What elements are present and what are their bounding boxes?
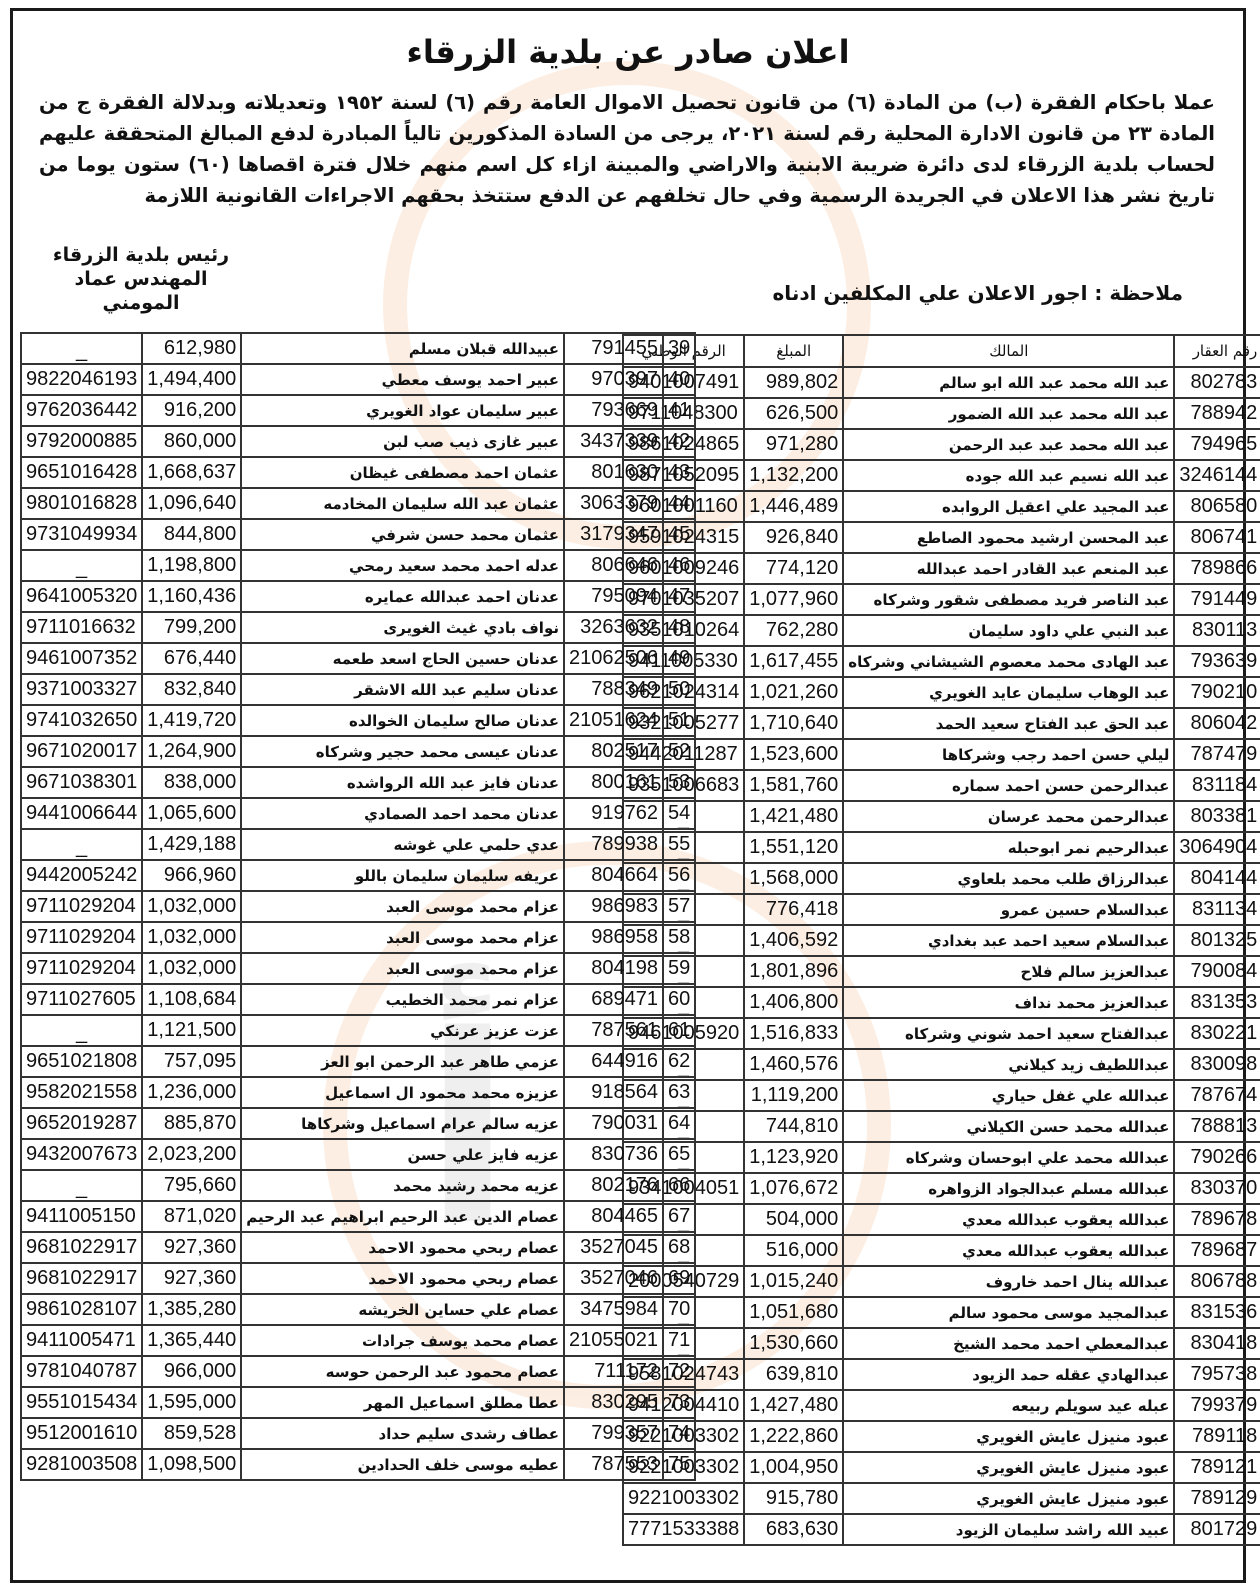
property-number: 801630 (564, 457, 663, 488)
owner-name: عبدالرزاق طلب محمد بلعاوي (843, 863, 1174, 894)
table-row: 61787561عزت عزيز عرنكي1,121,500_ (21, 1015, 695, 1046)
property-number: 3437339 (564, 426, 663, 457)
table-row: 66802176عزيه محمد رشيد محمد795,660_ (21, 1170, 695, 1201)
property-number: 802783 (1174, 367, 1260, 398)
property-number: 3263632 (564, 612, 663, 643)
table-row: 483263632نواف بادي غيث الغويرى799,200971… (21, 612, 695, 643)
row-number: 50 (663, 674, 695, 705)
property-number: 21062506 (564, 643, 663, 674)
amount-due: 1,096,640 (142, 488, 241, 519)
property-number: 793669 (564, 395, 663, 426)
row-number: 74 (663, 1418, 695, 1449)
row-number: 66 (663, 1170, 695, 1201)
property-number: 3475984 (564, 1294, 663, 1325)
table-row: 26790266عبدالله محمد علي ابوحسان وشركاه1… (623, 1142, 1260, 1173)
national-id: 9822046193 (21, 364, 142, 395)
header-owner: المالك (843, 335, 1174, 367)
table-row: 3794965عبد الله محمد عبد عبد الرحمن971,2… (623, 429, 1260, 460)
owner-name: عزيزه محمد محمود ال اسماعيل (241, 1077, 564, 1108)
property-number: 831134 (1174, 894, 1260, 925)
table-row: 74799357عطاف رشدى سليم حداد859,528951200… (21, 1418, 695, 1449)
table-row: 1802783عبد الله محمد عبد الله ابو سالم98… (623, 367, 1260, 398)
amount-due: 676,440 (142, 643, 241, 674)
table-row: 40970397عبير احمد يوسف معطي1,494,4009822… (21, 364, 695, 395)
amount-due: 1,123,920 (744, 1142, 843, 1173)
national-id: 9432007673 (21, 1139, 142, 1170)
owner-name: عبدالمجيد موسى محمود سالم (843, 1297, 1174, 1328)
national-id: 9731049934 (21, 519, 142, 550)
national-id: 9281003508 (21, 1449, 142, 1480)
amount-due: 966,960 (142, 860, 241, 891)
property-number: 789121 (1174, 1452, 1260, 1483)
table-row: 15803381عبدالرحمن محمد عرسان1,421,480_ (623, 801, 1260, 832)
owner-name: عزام محمد موسى العبد (241, 891, 564, 922)
owner-name: عصام ربحي محمود الاحمد (241, 1263, 564, 1294)
amount-due: 1,530,660 (744, 1328, 843, 1359)
owner-name: عدنان حسين الحاج اسعد طعمه (241, 643, 564, 674)
property-number: 918564 (564, 1077, 663, 1108)
row-number: 43 (663, 457, 695, 488)
owner-name: ليلي حسن احمد رجب وشركاها (843, 739, 1174, 770)
row-number: 75 (663, 1449, 695, 1480)
row-number: 69 (663, 1263, 695, 1294)
table-row: 32830418عبدالمعطي احمد محمد الشيخ1,530,6… (623, 1328, 1260, 1359)
national-id: 9371003327 (21, 674, 142, 705)
announcement-body: عملا باحكام الفقرة (ب) من المادة (٦) من … (39, 87, 1215, 211)
row-number: 58 (663, 922, 695, 953)
owner-name: عبير احمد يوسف معطي (241, 364, 564, 395)
owner-name: عبدالمعطي احمد محمد الشيخ (843, 1328, 1174, 1359)
amount-due: 1,568,000 (744, 863, 843, 894)
row-number: 60 (663, 984, 695, 1015)
table-row: 27830370عبدالله مسلم عبدالجواد الزواهره1… (623, 1173, 1260, 1204)
owner-name: عثمان محمد حسن شرفي (241, 519, 564, 550)
amount-due: 916,200 (142, 395, 241, 426)
property-number: 831353 (1174, 987, 1260, 1018)
national-id: _ (21, 1170, 142, 1201)
national-id: 9651021808 (21, 1046, 142, 1077)
owner-name: عدنان سليم عبد الله الاشقر (241, 674, 564, 705)
owner-name: عبيد الله راشد سليمان الزيود (843, 1514, 1174, 1545)
amount-due: 762,280 (744, 615, 843, 646)
property-number: 789129 (1174, 1483, 1260, 1514)
amount-due: 1,264,900 (142, 736, 241, 767)
property-number: 21051624 (564, 705, 663, 736)
property-number: 804664 (564, 860, 663, 891)
property-number: 21055021 (564, 1325, 663, 1356)
table-row: 13787479ليلي حسن احمد رجب وشركاها1,523,6… (623, 739, 1260, 770)
owner-name: عثمان عبد الله سليمان المخادمه (241, 488, 564, 519)
property-number: 787674 (1174, 1080, 1260, 1111)
table-row: 30806788عبدالله ينال احمد خاروف1,015,240… (623, 1266, 1260, 1297)
national-id: 9551015434 (21, 1387, 142, 1418)
property-number: 3064904 (1174, 832, 1260, 863)
advertisement-fee-note: ملاحظة : اجور الاعلان علي المكلفين ادناه (773, 281, 1184, 305)
amount-due: 1,427,480 (744, 1390, 843, 1421)
table-row: 53800161عدنان فايز عبد الله الرواشده838,… (21, 767, 695, 798)
amount-due: 2,023,200 (142, 1139, 241, 1170)
property-number: 787479 (1174, 739, 1260, 770)
national-id: 9461007352 (21, 643, 142, 674)
owner-name: عبدالعزيز سالم فلاح (843, 956, 1174, 987)
announcement-title: اعلان صادر عن بلدية الزرقاء (13, 33, 1243, 71)
amount-due: 683,630 (744, 1514, 843, 1545)
national-id: 9652019287 (21, 1108, 142, 1139)
table-row: 43246144عبد الله نسيم عبد الله جوده1,132… (623, 460, 1260, 491)
property-number: 830418 (1174, 1328, 1260, 1359)
owner-name: عزمي طاهر عبد الرحمن ابو العز (241, 1046, 564, 1077)
property-number: 789118 (1174, 1421, 1260, 1452)
owner-name: عبدالله محمد حسن الكيلاني (843, 1111, 1174, 1142)
national-id: 9641005320 (21, 581, 142, 612)
table-row: 453179347عثمان محمد حسن شرفي844,80097310… (21, 519, 695, 550)
table-row: 52802517عدنان عيسى محمد حجير وشركاه1,264… (21, 736, 695, 767)
national-id: 9681022917 (21, 1263, 142, 1294)
owner-name: عريفه سليمان سليمان باللو (241, 860, 564, 891)
table-header-row: الرقم رقم العقار المالك المبلغ الرقم الو… (623, 335, 1260, 367)
national-id: 9711029204 (21, 891, 142, 922)
property-number: 806580 (1174, 491, 1260, 522)
amount-due: 1,801,896 (744, 956, 843, 987)
header-property-no: رقم العقار (1174, 335, 1260, 367)
property-number: 802176 (564, 1170, 663, 1201)
owner-name: عدي حلمي علي غوشه (241, 829, 564, 860)
table-row: 10793639عبد الهادى محمد معصوم الشيشاني و… (623, 646, 1260, 677)
row-number: 55 (663, 829, 695, 860)
amount-due: 927,360 (142, 1263, 241, 1294)
owner-name: عبدالله مسلم عبدالجواد الزواهره (843, 1173, 1174, 1204)
amount-due: 844,800 (142, 519, 241, 550)
table-row: 67804465عصام الدين عبد الرحيم ابراهيم عب… (21, 1201, 695, 1232)
property-number: 801729 (1174, 1514, 1260, 1545)
property-number: 831184 (1174, 770, 1260, 801)
row-number: 45 (663, 519, 695, 550)
national-id: 9512001610 (21, 1418, 142, 1449)
table-row: 12806042عبد الحق عبد الفتاح سعيد الحمد1,… (623, 708, 1260, 739)
amount-due: 1,198,800 (142, 550, 241, 581)
property-number: 830736 (564, 1139, 663, 1170)
row-number: 67 (663, 1201, 695, 1232)
owner-name: عصام ربحي محمود الاحمد (241, 1232, 564, 1263)
property-number: 789938 (564, 829, 663, 860)
national-id: 9441006644 (21, 798, 142, 829)
amount-due: 1,460,576 (744, 1049, 843, 1080)
owner-name: عبير سليمان عواد الغويري (241, 395, 564, 426)
property-number: 787553 (564, 1449, 663, 1480)
amount-due: 1,021,260 (744, 677, 843, 708)
amount-due: 626,500 (744, 398, 843, 429)
national-id: 9411005150 (21, 1201, 142, 1232)
amount-due: 971,280 (744, 429, 843, 460)
amount-due: 504,000 (744, 1204, 843, 1235)
amount-due: 1,617,455 (744, 646, 843, 677)
national-id: _ (21, 1015, 142, 1046)
owner-name: عبله عيد سويلم ربيعه (843, 1390, 1174, 1421)
amount-due: 1,077,960 (744, 584, 843, 615)
owner-name: عدنان احمد عبدالله عمايره (241, 581, 564, 612)
amount-due: 516,000 (744, 1235, 843, 1266)
table-row: 72711172عصام محمود عبد الرحمن حوسه966,00… (21, 1356, 695, 1387)
amount-due: 1,406,800 (744, 987, 843, 1018)
owner-name: عبداللطيف زيد كيلاني (843, 1049, 1174, 1080)
property-number: 919762 (564, 798, 663, 829)
row-number: 68 (663, 1232, 695, 1263)
table-row: 56804664عريفه سليمان سليمان باللو966,960… (21, 860, 695, 891)
row-number: 40 (663, 364, 695, 395)
amount-due: 1,551,120 (744, 832, 843, 863)
row-number: 54 (663, 798, 695, 829)
amount-due: 795,660 (142, 1170, 241, 1201)
owner-name: عبدالله يعقوب عبدالله معدي (843, 1204, 1174, 1235)
table-row: 693527046عصام ربحي محمود الاحمد927,36096… (21, 1263, 695, 1294)
owner-name: عبد المحسن ارشيد محمود الصاطع (843, 522, 1174, 553)
amount-due: 1,421,480 (744, 801, 843, 832)
property-number: 986983 (564, 891, 663, 922)
amount-due: 1,595,000 (142, 1387, 241, 1418)
amount-due: 1,581,760 (744, 770, 843, 801)
table-row: 58986958عزام محمد موسى العبد1,032,000971… (21, 922, 695, 953)
property-number: 791455 (564, 333, 663, 364)
amount-due: 885,870 (142, 1108, 241, 1139)
table-row: 8791449عبد الناصر فريد مصطفى شقور وشركاه… (623, 584, 1260, 615)
owner-name: عصام علي حساين الخريشه (241, 1294, 564, 1325)
table-row: 21831353عبدالعزيز محمد نداف1,406,800_ (623, 987, 1260, 1018)
table-row: 55789938عدي حلمي علي غوشه1,429,188_ (21, 829, 695, 860)
row-number: 62 (663, 1046, 695, 1077)
amount-due: 757,095 (142, 1046, 241, 1077)
property-number: 986958 (564, 922, 663, 953)
amount-due: 1,108,684 (142, 984, 241, 1015)
property-number: 830295 (564, 1387, 663, 1418)
property-number: 806741 (1174, 522, 1260, 553)
table-row: 41793669عبير سليمان عواد الغويري916,2009… (21, 395, 695, 426)
row-number: 73 (663, 1387, 695, 1418)
signature-name: المهندس عماد المومني (41, 267, 241, 315)
table-row: 443063379عثمان عبد الله سليمان المخادمه1… (21, 488, 695, 519)
table-row: 5121051624عدنان صالح سليمان الخوالده1,41… (21, 705, 695, 736)
national-id: 9711016632 (21, 612, 142, 643)
table-row: 20790084عبدالعزيز سالم فلاح1,801,896_ (623, 956, 1260, 987)
table-row: 36789121عبود منيزل عايش الغويري1,004,950… (623, 1452, 1260, 1483)
owner-name: عزيه سالم عرام اسماعيل وشركاها (241, 1108, 564, 1139)
owner-name: عبدالرحمن حسن احمد سماره (843, 770, 1174, 801)
owner-name: عبد المنعم عبد القادر احمد عبدالله (843, 553, 1174, 584)
amount-due: 1,419,720 (142, 705, 241, 736)
property-number: 790084 (1174, 956, 1260, 987)
amount-due: 1,710,640 (744, 708, 843, 739)
owner-name: عثمان احمد مصطفى غيظان (241, 457, 564, 488)
header-amount: المبلغ (744, 335, 843, 367)
owner-name: عبدالله ينال احمد خاروف (843, 1266, 1174, 1297)
amount-due: 744,810 (744, 1111, 843, 1142)
amount-due: 989,802 (744, 367, 843, 398)
amount-due: 1,668,637 (142, 457, 241, 488)
property-number: 802517 (564, 736, 663, 767)
owner-name: عدله احمد محمد سعيد رمحي (241, 550, 564, 581)
owner-name: عزام محمد موسى العبد (241, 953, 564, 984)
owner-name: عطاف رشدى سليم حداد (241, 1418, 564, 1449)
property-number: 3063379 (564, 488, 663, 519)
owner-name: عزيه محمد رشيد محمد (241, 1170, 564, 1201)
amount-due: 1,523,600 (744, 739, 843, 770)
amount-due: 1,015,240 (744, 1266, 843, 1297)
table-row: 22830221عبدالفتاح سعيد احمد شوني وشركاه1… (623, 1018, 1260, 1049)
national-id: 9671038301 (21, 767, 142, 798)
owner-name: عزت عزيز عرنكي (241, 1015, 564, 1046)
owner-name: عزام نمر محمد الخطيب (241, 984, 564, 1015)
property-number: 3527046 (564, 1263, 663, 1294)
owner-name: عبدالفتاح سعيد احمد شوني وشركاه (843, 1018, 1174, 1049)
row-number: 48 (663, 612, 695, 643)
table-row: 2788942عبد الله محمد عبد الله الضمور626,… (623, 398, 1260, 429)
row-number: 49 (663, 643, 695, 674)
row-number: 56 (663, 860, 695, 891)
amount-due: 1,051,680 (744, 1297, 843, 1328)
property-number: 806788 (1174, 1266, 1260, 1297)
property-number: 787561 (564, 1015, 663, 1046)
table-row: 423437339عبير غازى ذيب صب لبن860,0009792… (21, 426, 695, 457)
amount-due: 1,032,000 (142, 953, 241, 984)
owner-name: عبد الله محمد عبد عبد الرحمن (843, 429, 1174, 460)
table-row: 50788349عدنان سليم عبد الله الاشقر832,84… (21, 674, 695, 705)
owner-name: عبد الله محمد عبد الله ابو سالم (843, 367, 1174, 398)
amount-due: 859,528 (142, 1418, 241, 1449)
amount-due: 1,406,592 (744, 925, 843, 956)
table-row: 47795094عدنان احمد عبدالله عمايره1,160,4… (21, 581, 695, 612)
amount-due: 966,000 (142, 1356, 241, 1387)
national-id: 9711029204 (21, 953, 142, 984)
table-row: 24787674عبدالله علي غفل حياري1,119,200_ (623, 1080, 1260, 1111)
table-row: 23830098عبداللطيف زيد كيلاني1,460,576_ (623, 1049, 1260, 1080)
table-row: 64790031عزيه سالم عرام اسماعيل وشركاها88… (21, 1108, 695, 1139)
amount-due: 612,980 (142, 333, 241, 364)
row-number: 44 (663, 488, 695, 519)
row-number: 52 (663, 736, 695, 767)
owner-name: عبد الله محمد عبد الله الضمور (843, 398, 1174, 429)
table-row: 9830113عبد النبي علي داود سليمان762,2809… (623, 615, 1260, 646)
property-number: 795738 (1174, 1359, 1260, 1390)
national-id: 9762036442 (21, 395, 142, 426)
signature-title: رئيس بلدية الزرقاء (41, 243, 241, 267)
owner-name: نواف بادي غيث الغويرى (241, 612, 564, 643)
owner-name: عبدالسلام سعيد احمد عبد بغدادي (843, 925, 1174, 956)
table-row: 57986983عزام محمد موسى العبد1,032,000971… (21, 891, 695, 922)
amount-due: 926,840 (744, 522, 843, 553)
national-id: 9221003302 (623, 1483, 744, 1514)
owners-table-left: 39791455عبيدالله قبلان مسلم612,980_40970… (20, 332, 696, 1481)
property-number: 793639 (1174, 646, 1260, 677)
row-number: 70 (663, 1294, 695, 1325)
national-id: 9792000885 (21, 426, 142, 457)
amount-due: 1,446,489 (744, 491, 843, 522)
property-number: 830098 (1174, 1049, 1260, 1080)
property-number: 789866 (1174, 553, 1260, 584)
national-id: 9861028107 (21, 1294, 142, 1325)
property-number: 791449 (1174, 584, 1260, 615)
owner-name: عبود منيزل عايش الغويري (843, 1452, 1174, 1483)
property-number: 830113 (1174, 615, 1260, 646)
table-body-left: 39791455عبيدالله قبلان مسلم612,980_40970… (21, 333, 695, 1480)
table-row: 5806580عبد المجيد علي اعقيل الروابده1,44… (623, 491, 1260, 522)
amount-due: 1,365,440 (142, 1325, 241, 1356)
amount-due: 838,000 (142, 767, 241, 798)
national-id: 9651016428 (21, 457, 142, 488)
amount-due: 1,516,833 (744, 1018, 843, 1049)
owner-name: عبدالله علي غفل حياري (843, 1080, 1174, 1111)
table-row: 39791455عبيدالله قبلان مسلم612,980_ (21, 333, 695, 364)
property-number: 806646 (564, 550, 663, 581)
national-id: 9741032650 (21, 705, 142, 736)
property-number: 711172 (564, 1356, 663, 1387)
property-number: 804198 (564, 953, 663, 984)
table-row: 63918564عزيزه محمد محمود ال اسماعيل1,236… (21, 1077, 695, 1108)
owner-name: عبد الهادى محمد معصوم الشيشاني وشركاه (843, 646, 1174, 677)
table-row: 75787553عطيه موسى خلف الحدادين1,098,5009… (21, 1449, 695, 1480)
owner-name: عدنان صالح سليمان الخوالده (241, 705, 564, 736)
national-id: 7771533388 (623, 1514, 744, 1545)
table-body-right: 1802783عبد الله محمد عبد الله ابو سالم98… (623, 367, 1260, 1545)
property-number: 806042 (1174, 708, 1260, 739)
owner-name: عبير غازى ذيب صب لبن (241, 426, 564, 457)
owner-name: عبدالله يعقوب عبدالله معدي (843, 1235, 1174, 1266)
owner-name: عطيه موسى خلف الحدادين (241, 1449, 564, 1480)
national-id: 9442005242 (21, 860, 142, 891)
row-number: 72 (663, 1356, 695, 1387)
table-row: 38801729عبيد الله راشد سليمان الزيود683,… (623, 1514, 1260, 1545)
national-id: 9582021558 (21, 1077, 142, 1108)
row-number: 53 (663, 767, 695, 798)
amount-due: 832,840 (142, 674, 241, 705)
row-number: 46 (663, 550, 695, 581)
national-id: _ (21, 550, 142, 581)
property-number: 804465 (564, 1201, 663, 1232)
property-number: 970397 (564, 364, 663, 395)
amount-due: 860,000 (142, 426, 241, 457)
national-id: 9681022917 (21, 1232, 142, 1263)
table-row: 7121055021عصام محمد يوسف جرادات1,365,440… (21, 1325, 695, 1356)
national-id: _ (21, 333, 142, 364)
amount-due: 1,032,000 (142, 891, 241, 922)
table-row: 54919762عدنان محمد احمد الصمادي1,065,600… (21, 798, 695, 829)
table-row: 46806646عدله احمد محمد سعيد رمحي1,198,80… (21, 550, 695, 581)
property-number: 831536 (1174, 1297, 1260, 1328)
amount-due: 1,236,000 (142, 1077, 241, 1108)
row-number: 47 (663, 581, 695, 612)
table-row: 33795738عبدالهادي عقله حمد الزيود639,810… (623, 1359, 1260, 1390)
property-number: 830370 (1174, 1173, 1260, 1204)
owners-table-right: الرقم رقم العقار المالك المبلغ الرقم الو… (622, 334, 1260, 1546)
table-row: 35789118عبود منيزل عايش الغويري1,222,860… (623, 1421, 1260, 1452)
amount-due: 915,780 (744, 1483, 843, 1514)
property-number: 794965 (1174, 429, 1260, 460)
property-number: 3246144 (1174, 460, 1260, 491)
row-number: 51 (663, 705, 695, 736)
property-number: 788813 (1174, 1111, 1260, 1142)
table-row: 43801630عثمان احمد مصطفى غيظان1,668,6379… (21, 457, 695, 488)
amount-due: 1,121,500 (142, 1015, 241, 1046)
table-row: 62644916عزمي طاهر عبد الرحمن ابو العز757… (21, 1046, 695, 1077)
owner-name: عبد المجيد علي اعقيل الروابده (843, 491, 1174, 522)
table-row: 683527045عصام ربحي محمود الاحمد927,36096… (21, 1232, 695, 1263)
table-row: 28789678عبدالله يعقوب عبدالله معدي504,00… (623, 1204, 1260, 1235)
property-number: 788349 (564, 674, 663, 705)
table-row: 19801325عبدالسلام سعيد احمد عبد بغدادي1,… (623, 925, 1260, 956)
owner-name: عصام محمد يوسف جرادات (241, 1325, 564, 1356)
national-id: 9671020017 (21, 736, 142, 767)
amount-due: 1,004,950 (744, 1452, 843, 1483)
national-id: _ (21, 829, 142, 860)
owner-name: عبد الناصر فريد مصطفى شقور وشركاه (843, 584, 1174, 615)
